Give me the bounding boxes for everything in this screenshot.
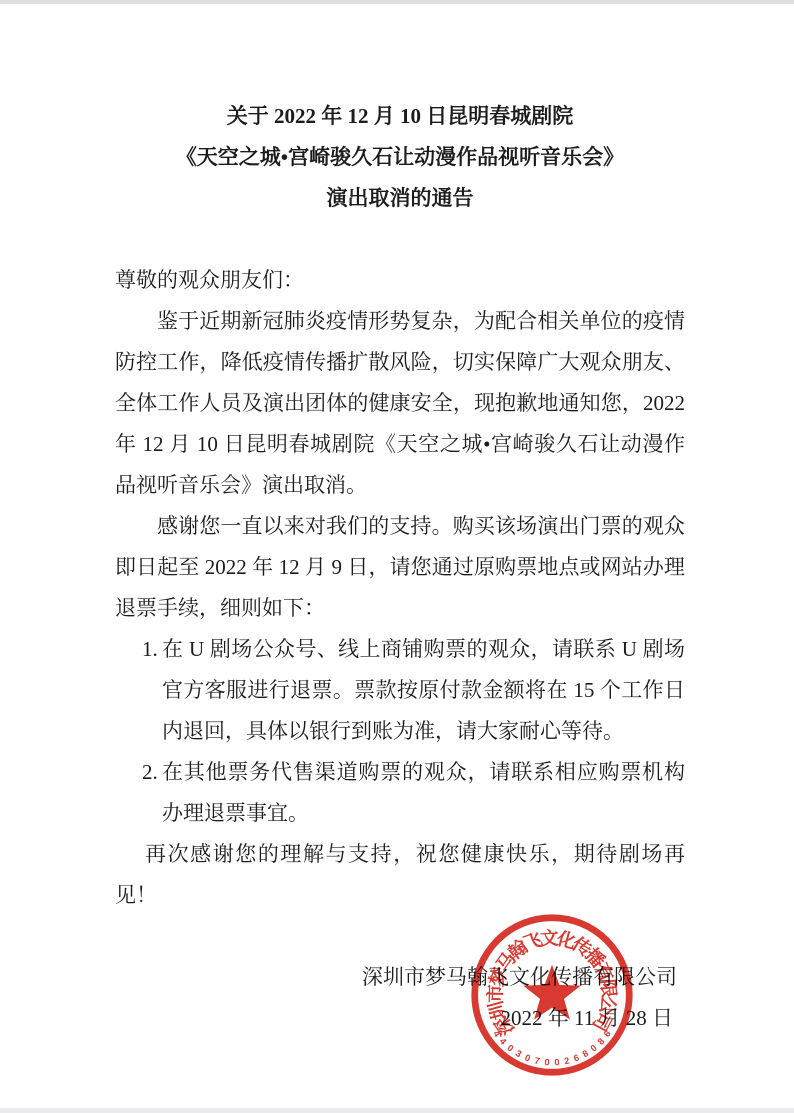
svg-text:0: 0 <box>589 1043 599 1054</box>
title-line-1: 关于 2022 年 12 月 10 日昆明春城剧院 <box>115 96 685 137</box>
list-item-2-text: 在其他票务代售渠道购票的观众，请联系相应购票机构办理退票事宜。 <box>162 760 685 825</box>
list-item-1-text: 在 U 剧场公众号、线上商铺购票的观众，请联系 U 剧场官方客服进行退票。票款按… <box>162 637 685 743</box>
document-page: 关于 2022 年 12 月 10 日昆明春城剧院 《天空之城•宫崎骏久石让动漫… <box>0 0 794 1113</box>
svg-text:0: 0 <box>523 1052 531 1063</box>
svg-text:4: 4 <box>498 1036 509 1047</box>
title-line-2: 《天空之城•宫崎骏久石让动漫作品视听音乐会》 <box>115 137 685 178</box>
star-icon <box>523 965 580 1020</box>
svg-text:0: 0 <box>544 1057 550 1067</box>
svg-text:0: 0 <box>554 1057 560 1067</box>
svg-text:2: 2 <box>563 1055 570 1066</box>
svg-text:8: 8 <box>596 1036 607 1047</box>
salutation: 尊敬的观众朋友们： <box>115 260 685 301</box>
title-line-3: 演出取消的通告 <box>115 178 685 219</box>
svg-text:3: 3 <box>514 1048 523 1059</box>
company-seal: 深圳市梦马翰飞文化传播有限公司 44030700268086 <box>468 911 636 1079</box>
paragraph-2: 感谢您一直以来对我们的支持。购买该场演出门票的观众即日起至 2022 年 12 … <box>115 506 685 629</box>
svg-text:6: 6 <box>572 1052 580 1063</box>
paragraph-1: 鉴于近期新冠肺炎疫情形势复杂，为配合相关单位的疫情防控工作，降低疫情传播扩散风险… <box>115 301 685 506</box>
svg-text:7: 7 <box>534 1055 541 1066</box>
list-item-2: 2. 在其他票务代售渠道购票的观众，请联系相应购票机构办理退票事宜。 <box>115 752 685 834</box>
closing-line: 再次感谢您的理解与支持，祝您健康快乐，期待剧场再见！ <box>115 834 685 916</box>
page-bottom-edge <box>0 1108 794 1113</box>
svg-text:8: 8 <box>581 1048 590 1059</box>
list-marker-2: 2. <box>142 752 158 793</box>
document-title: 关于 2022 年 12 月 10 日昆明春城剧院 《天空之城•宫崎骏久石让动漫… <box>115 96 685 219</box>
list-marker-1: 1. <box>142 629 158 670</box>
document-body: 关于 2022 年 12 月 10 日昆明春城剧院 《天空之城•宫崎骏久石让动漫… <box>115 0 685 1039</box>
svg-text:0: 0 <box>505 1043 515 1054</box>
list-item-1: 1. 在 U 剧场公众号、线上商铺购票的观众，请联系 U 剧场官方客服进行退票。… <box>115 629 685 752</box>
